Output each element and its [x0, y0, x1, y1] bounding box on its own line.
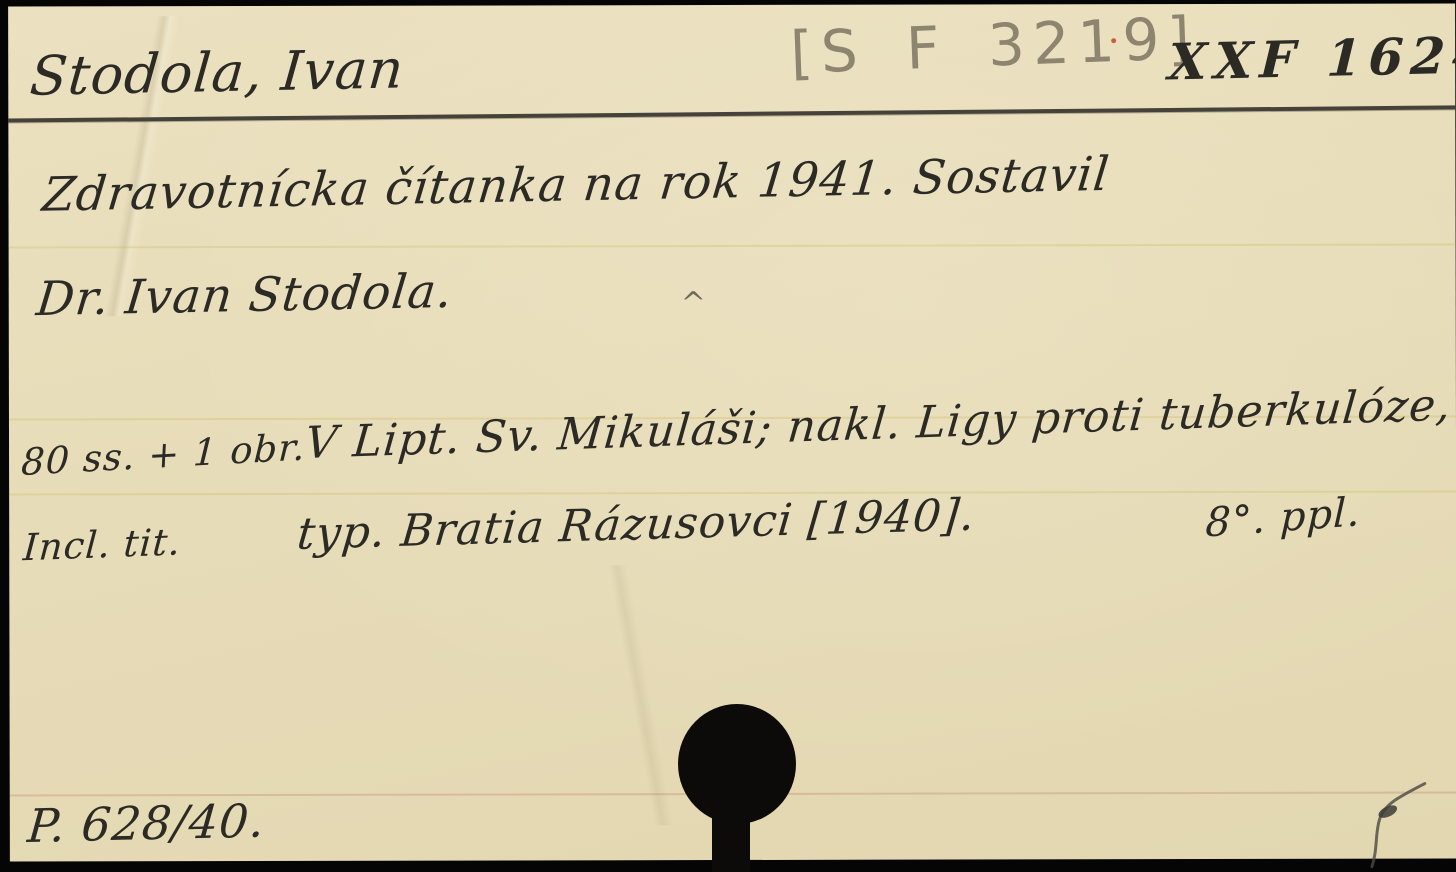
ruled-line — [9, 243, 1456, 248]
punch-hole-slot — [712, 794, 750, 872]
shelfmark-ink: XXF 1624 — [1167, 30, 1456, 88]
collation-pages: 80 ss. + 1 obr. — [20, 428, 306, 481]
insertion-caret: ^ — [681, 289, 707, 319]
accession-number: P. 628/40. — [26, 797, 267, 849]
format-note: 8°. ppl. — [1205, 492, 1362, 543]
red-speck — [1111, 38, 1116, 43]
title-line-2: Dr. Ivan Stodola. — [34, 268, 455, 323]
heading-underline — [8, 105, 1456, 122]
ink-smudge — [1330, 779, 1440, 869]
shelfmark-pencil: [S F 3219] — [789, 9, 1199, 82]
ruled-line — [9, 490, 1456, 495]
collation-note: Incl. tit. — [22, 523, 182, 566]
catalog-card-scan: Stodola, Ivan [S F 3219] XXF 1624 Zdravo… — [0, 0, 1456, 872]
title-line-1: Zdravotnícka čítanka na rok 1941. Sostav… — [40, 151, 1112, 219]
author-heading: Stodola, Ivan — [28, 42, 406, 103]
imprint-line-1: V Lipt. Sv. Mikuláši; nakl. Ligy proti t… — [303, 383, 1453, 466]
imprint-line-2: typ. Bratia Rázusovci [1940]. — [295, 494, 977, 557]
